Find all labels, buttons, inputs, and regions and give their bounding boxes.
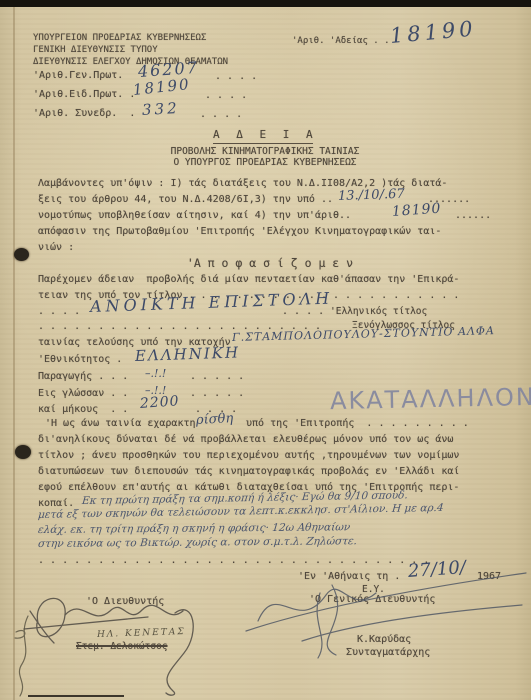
language-label: Εις γλώσσαν . .	[38, 388, 128, 399]
decision-number-handwritten: 18190	[391, 201, 442, 220]
conditions-line-2: δι'ανηλίκους δύναται δέ νά προβάλλεται ε…	[38, 434, 453, 445]
preamble-line-3-dots: ......	[455, 210, 491, 221]
gen-protocol-dots: . . . .	[215, 71, 257, 82]
conditions-line-1b: υπό της 'Επιτροπής . . . . . . . . .	[246, 418, 469, 429]
length-label: καί μήκους . .	[38, 404, 128, 415]
license-number-value: 18190	[389, 16, 478, 47]
agency-line-1: ΥΠΟΥΡΓΕΙΟΝ ΠΡΟΕΔΡΙΑΣ ΚΥΒΕΡΝΗΣΕΩΣ	[33, 33, 206, 43]
characterized-handwritten: ρίσθη	[196, 411, 234, 428]
censorship-cut-line-3: ελάχ. εκ. τη τρίτη πράξη η σκηνή η φράσι…	[37, 521, 350, 536]
conditions-line-6: κοπαί.	[38, 498, 74, 509]
gen-protocol-label: 'Αριθ.Γεν.Πρωτ.	[33, 70, 123, 81]
conditions-line-1a: 'Η ως άνω ταινία εχαρακτη	[45, 418, 196, 429]
preamble-line-3: νομοτύπως υποβληθείσαν αίτησιν, καί 4) τ…	[38, 210, 351, 221]
conditions-line-4: διατυπώσεων των διεπουσών τάς κινηματογρ…	[38, 466, 459, 477]
length-value-handwritten: 2200	[139, 393, 180, 412]
pencil-mark	[2, 612, 47, 700]
nationality-label: 'Εθνικότητος .	[38, 354, 122, 365]
film-title-dots-left: . . . .	[38, 306, 80, 317]
conditions-line-3: τίτλον ; άνευ προσθηκών του περιεχομένου…	[38, 450, 459, 461]
special-protocol-label: 'Αριθ.Ειδ.Πρωτ. .	[33, 89, 135, 100]
document-subtitle-1: ΠΡΟΒΟΛΗΣ ΚΙΝΗΜΑΤΟΓΡΑΦΙΚΗΣ ΤΑΙΝΙΑΣ	[130, 146, 400, 157]
left-signature	[20, 583, 230, 698]
decision-heading: 'Α π ο φ α σ ί ζ ο μ ε ν	[165, 256, 375, 270]
license-number-label: 'Αριθ. 'Αδείας . .	[292, 36, 390, 46]
rating-stamp-akatallilon: ΑΚΑΤΑΛΛΗΛΟΝ	[330, 383, 531, 415]
greek-title-label: 'Ελληνικός τίτλος	[330, 306, 427, 317]
document-subtitle-2: Ο ΥΠΟΥΡΓΟΣ ΠΡΟΕΔΡΙΑΣ ΚΥΒΕΡΝΗΣΕΩΣ	[130, 157, 400, 168]
production-dots: . . . . .	[190, 371, 244, 382]
special-protocol-dots: . . . .	[205, 90, 247, 101]
censorship-cut-line-4: στην εικόνα ως το Βικτώρ. χωρίς α. στον …	[37, 535, 357, 550]
document-title: Α Δ Ε Ι Α	[213, 128, 313, 144]
agency-line-3: ΔΙΕΥΘΥΝΣΙΣ ΕΛΕΓΧΟΥ ΔΗΜΟΣΙΩΝ ΘΕΑΜΑΤΩΝ	[33, 57, 228, 67]
decision-line-1: Παρέχομεν άδειαν προβολής διά μίαν πεντα…	[38, 274, 459, 285]
session-number-label: 'Αριθ. Συνεδρ. .	[33, 108, 135, 119]
agency-line-2: ΓΕΝΙΚΗ ΔΙΕΥΘΥΝΣΙΣ ΤΥΠΟΥ	[33, 45, 158, 55]
scan-edge-top	[0, 0, 531, 7]
session-number-dots: . . . .	[200, 109, 242, 120]
hole-punch-top	[14, 248, 29, 261]
application-date-handwritten: 13./10/.67	[338, 187, 405, 204]
session-number-value: 332	[142, 99, 181, 119]
preamble-line-5: νιών :	[38, 242, 74, 253]
preamble-line-4: απόφασιν της Πρωτοβαθμίου 'Επιτροπής 'Ελ…	[38, 226, 441, 237]
nationality-value-handwritten: ΕΛΛΗΝΙΚΗ	[135, 343, 241, 365]
hole-punch-bottom	[15, 445, 31, 459]
film-title-dots-right: . . . .	[282, 306, 324, 317]
paper-crease	[13, 7, 15, 700]
preamble-line-2: ξεις του άρθρου 44, του Ν.Δ.4208/6Ι,3) τ…	[38, 194, 333, 205]
scanned-permit-document: ΥΠΟΥΡΓΕΙΟΝ ΠΡΟΕΔΡΙΑΣ ΚΥΒΕΡΝΗΣΕΩΣ ΓΕΝΙΚΗ …	[0, 0, 531, 700]
production-label: Παραγωγής . . .	[38, 371, 128, 382]
right-signature	[240, 563, 531, 668]
language-dots: . . . . .	[190, 388, 244, 399]
production-value-handwritten: –.!.!	[145, 367, 166, 380]
